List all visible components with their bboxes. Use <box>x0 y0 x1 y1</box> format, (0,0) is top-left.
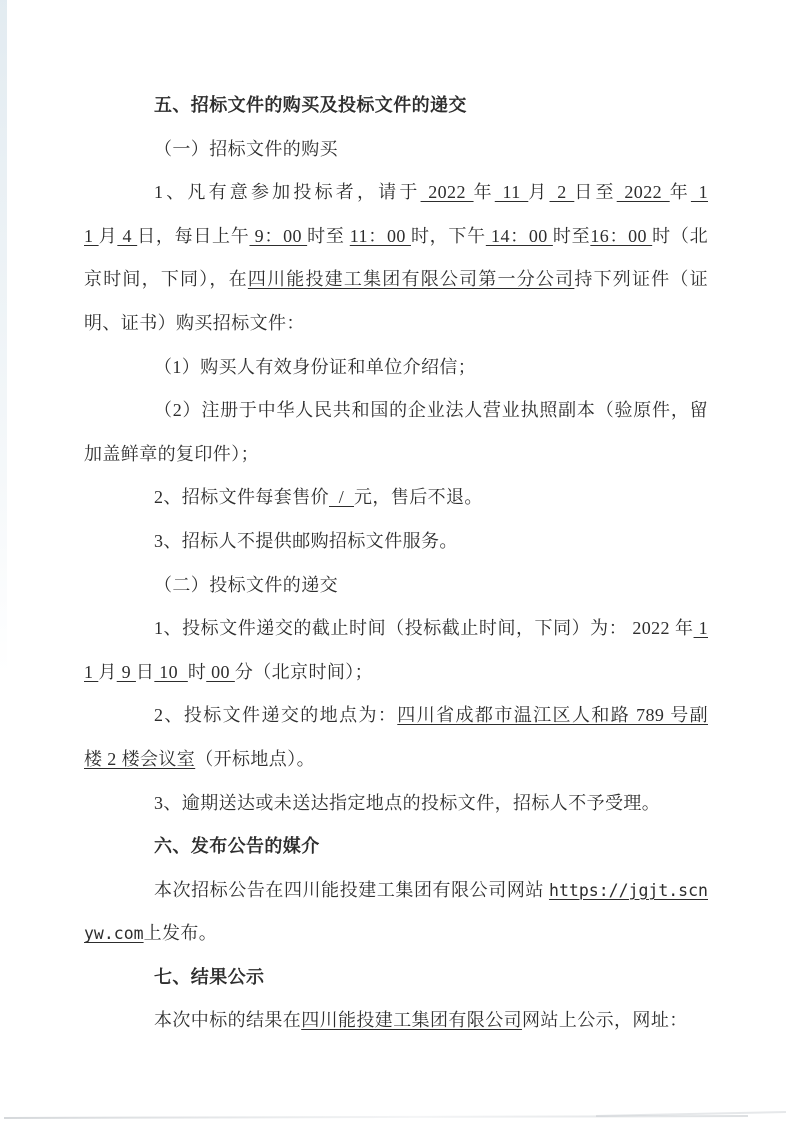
underlined-text-run: 16：00 <box>590 226 652 246</box>
scan-edge-artifact-bottom-right <box>596 1111 786 1116</box>
para-price: 2、招标文件每套售价 / 元，售后不退。 <box>84 476 708 520</box>
underlined-text-run: 00 <box>206 662 235 682</box>
text-run: 3、招标人不提供邮购招标文件服务。 <box>154 531 458 551</box>
text-run: 五、招标文件的购买及投标文件的递交 <box>154 95 467 115</box>
text-run: （1）购买人有效身份证和单位介绍信； <box>154 357 476 377</box>
text-run: 本次招标公告在四川能投建工集团有限公司网站 <box>154 880 549 900</box>
underlined-text-run: 四川能投建工集团有限公司第一分公司 <box>248 269 575 289</box>
text-run: 3、逾期送达或未送达指定地点的投标文件，招标人不予受理。 <box>154 793 660 813</box>
text-run: 年 <box>670 182 691 202</box>
text-run: （2）注册于中华人民共和国的企业法人营业执照副本（验原件，留加盖鲜章的复印件）； <box>84 400 708 464</box>
text-run: 日，每日上午 <box>137 226 249 246</box>
text-run: 日至 <box>574 182 616 202</box>
para-purchase-time: 1、凡有意参加投标者，请于 2022 年 11 月 2 日至 2022 年 11… <box>84 171 708 345</box>
text-run: 时 <box>188 662 206 682</box>
text-run: 2、招标文件每套售价 <box>154 487 329 507</box>
document-body: 五、招标文件的购买及投标文件的递交（一）招标文件的购买1、凡有意参加投标者，请于… <box>84 84 708 1043</box>
text-run: 元，售后不退。 <box>354 487 483 507</box>
para-submission-deadline: 1、投标文件递交的截止时间（投标截止时间，下同）为： 2022 年 11 月 9… <box>84 607 708 694</box>
scan-edge-artifact-left <box>0 0 7 674</box>
text-run: 月 <box>99 226 118 246</box>
text-run: 分（北京时间）； <box>235 662 373 682</box>
text-run: 月 <box>98 662 116 682</box>
heading-section-6: 六、发布公告的媒介 <box>84 825 708 869</box>
heading-section-5: 五、招标文件的购买及投标文件的递交 <box>84 84 708 128</box>
text-run: （二）投标文件的递交 <box>154 575 338 595</box>
text-run: 时至 <box>553 226 590 246</box>
underlined-text-run: 10 <box>154 662 188 682</box>
text-run: 1、凡有意参加投标者，请于 <box>154 182 421 202</box>
para-late-delivery: 3、逾期送达或未送达指定地点的投标文件，招标人不予受理。 <box>84 782 708 826</box>
text-run: （开标地点）。 <box>195 749 315 769</box>
text-run: 七、结果公示 <box>154 967 264 987</box>
underlined-text-run: 4 <box>117 226 137 246</box>
underlined-text-run: 11：00 <box>350 226 411 246</box>
scan-edge-artifact-bottom <box>4 1115 748 1119</box>
underlined-text-run: / <box>329 487 354 507</box>
underlined-text-run: 2022 <box>617 182 670 202</box>
text-run: 六、发布公告的媒介 <box>154 836 320 856</box>
text-run: 1、投标文件递交的截止时间（投标截止时间，下同）为： 2022 年 <box>154 618 694 638</box>
document-page: 五、招标文件的购买及投标文件的递交（一）招标文件的购买1、凡有意参加投标者，请于… <box>0 0 794 1123</box>
text-run: 时至 <box>307 226 350 246</box>
para-subsection-1-title: （一）招标文件的购买 <box>84 128 708 172</box>
underlined-text-run: 2022 <box>421 182 474 202</box>
text-run: 网站上公示，网址： <box>522 1010 688 1030</box>
heading-section-7: 七、结果公示 <box>84 956 708 1000</box>
para-no-mail-order: 3、招标人不提供邮购招标文件服务。 <box>84 520 708 564</box>
para-cert-2: （2）注册于中华人民共和国的企业法人营业执照副本（验原件，留加盖鲜章的复印件）； <box>84 389 708 476</box>
text-run: 年 <box>474 182 495 202</box>
para-announcement-site: 本次招标公告在四川能投建工集团有限公司网站 https://jgjt.scnyw… <box>84 869 708 956</box>
text-run: 本次中标的结果在 <box>154 1010 301 1030</box>
underlined-text-run: 2 <box>550 182 575 202</box>
para-cert-1: （1）购买人有效身份证和单位介绍信； <box>84 346 708 390</box>
underlined-text-run: 9 <box>117 662 136 682</box>
underlined-text-run: 11 <box>495 182 529 202</box>
para-subsection-2-title: （二）投标文件的递交 <box>84 564 708 608</box>
text-run: 日 <box>136 662 154 682</box>
para-result-publicity: 本次中标的结果在四川能投建工集团有限公司网站上公示，网址： <box>84 999 708 1043</box>
para-submission-address: 2、投标文件递交的地点为：四川省成都市温江区人和路 789 号副楼 2 楼会议室… <box>84 694 708 781</box>
text-run: 时，下午 <box>411 226 486 246</box>
underlined-text-run: 9：00 <box>249 226 307 246</box>
text-run: 2、投标文件递交的地点为： <box>154 705 397 725</box>
underlined-text-run: 14：00 <box>486 226 553 246</box>
text-run: 月 <box>528 182 549 202</box>
underlined-text-run: 四川能投建工集团有限公司 <box>301 1010 522 1030</box>
text-run: （一）招标文件的购买 <box>154 139 338 159</box>
text-run: 上发布。 <box>144 923 218 943</box>
